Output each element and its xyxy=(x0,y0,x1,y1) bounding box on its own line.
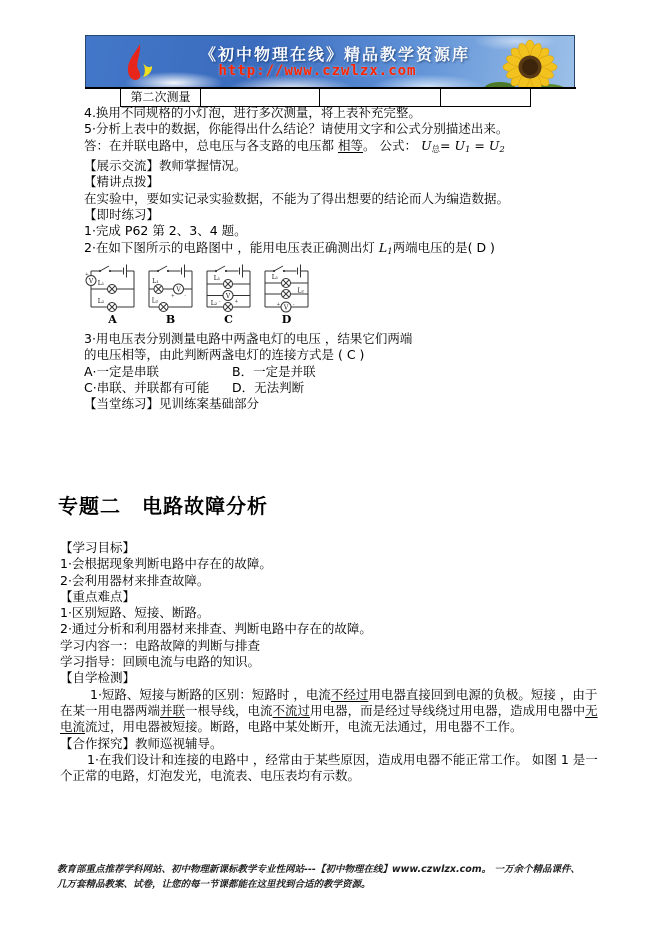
svg-text:+: + xyxy=(277,302,281,308)
dangtang-line: 【当堂练习】见训练案基础部分 xyxy=(84,396,594,412)
question-3-line1: 3·用电压表分别测量电路中两盏电灯的电压 ，结果它们两端 xyxy=(84,331,594,347)
svg-text:-: - xyxy=(185,294,187,299)
table-cell-empty xyxy=(200,89,319,106)
svg-text:V: V xyxy=(283,304,289,311)
answer-line: 答：在并联电路中，总电压与各支路的电压都 相等。 公式： U总= U1 = U2 xyxy=(84,138,594,158)
question-3-section: 3·用电压表分别测量电路中两盏电灯的电压 ，结果它们两端 的电压相等，由此判断两… xyxy=(84,331,594,412)
exercise-1: 1·完成 P62 第 2、3、4 题。 xyxy=(84,223,594,239)
svg-text:L₂: L₂ xyxy=(152,298,159,305)
site-banner: 《初中物理在线》精品教学资源库 http://www.czwlzx.com xyxy=(85,35,575,88)
logo-flame-icon xyxy=(116,42,162,88)
footer-line2: 几万套精品教案、试卷，让您的每一节课都能在这里找到合适的教学资源。 xyxy=(57,877,617,892)
question-3-line2: 的电压相等，由此判断两盏电灯的连接方式是 ( C ) xyxy=(84,347,594,363)
topic-2-section: 【学习目标】 1·会根据现象判断电路中存在的故障。 2·会利用器材来排查故障。 … xyxy=(60,540,600,784)
circuit-diagram-d: L₁ L₂ V + - D xyxy=(259,263,314,326)
svg-text:+: + xyxy=(85,272,89,278)
footer-line1: 教育部重点推荐学科网站、初中物理新课标教学专业性网站---【初中物理在线】www… xyxy=(57,862,617,877)
document-page: 《初中物理在线》精品教学资源库 http://www.czwlzx.com xyxy=(0,0,661,936)
option-b: B．一定是并联 xyxy=(232,364,316,379)
goal-1: 1·会根据现象判断电路中存在的故障。 xyxy=(60,556,600,572)
circuit-diagram-a: + V L₁ L₂ A xyxy=(85,263,140,326)
diagram-label-b: B xyxy=(143,313,198,326)
banner-url-link[interactable]: http://www.czwlzx.com xyxy=(191,63,444,79)
selfcheck-header: 【自学检测】 xyxy=(60,670,600,686)
para1-line1: 1·在我们设计和连接的电路中 ，经常由于某些原因，造成用电器不能正常工作。 如图… xyxy=(60,752,600,768)
topic-2-heading: 专题二 电路故障分析 xyxy=(58,490,268,519)
experiment-section: 4.换用不同规格的小灯泡，进行多次测量，将上表补充完整。 5·分析上表中的数据，… xyxy=(84,105,594,260)
circuit-diagram-b: V + - L₁ L₂ B xyxy=(143,263,198,326)
options-row-2: C·串联、并联都有可能D．无法判断 xyxy=(84,380,594,396)
sunflower-image xyxy=(482,37,572,88)
table-cell-empty xyxy=(319,89,440,106)
exercise-2: 2·在如下图所示的电路图中 ，能用电压表正确测出灯 L1两端电压的是( D ) xyxy=(84,240,594,260)
jingjiang-body: 在实验中，要如实记录实验数据，不能为了得出想要的结论而人为编造数据。 xyxy=(84,191,594,207)
circuit-diagram-row: + V L₁ L₂ A V + - L₁ xyxy=(85,263,314,326)
question-4: 4.换用不同规格的小灯泡，进行多次测量，将上表补充完整。 xyxy=(84,105,594,121)
option-a: A·一定是串联 xyxy=(84,364,232,380)
para1-line2: 个正常的电路，灯泡发光，电流表、电压表均有示数。 xyxy=(60,768,600,784)
study-guide-line: 学习指导：回顾电流与电路的知识。 xyxy=(60,654,600,670)
goal-2: 2·会利用器材来排查故障。 xyxy=(60,573,600,589)
diagram-label-d: D xyxy=(259,313,314,326)
hezuo-line: 【合作探究】教师巡视辅导。 xyxy=(60,736,600,752)
banner-title: 《初中物理在线》精品教学资源库 xyxy=(191,42,479,65)
diagram-label-a: A xyxy=(85,313,140,326)
keypoint-1: 1·区别短路、短接、断路。 xyxy=(60,605,600,621)
svg-text:L₂: L₂ xyxy=(211,300,218,307)
goals-header: 【学习目标】 xyxy=(60,540,600,556)
option-c: C·串联、并联都有可能 xyxy=(84,380,232,396)
content-1-line: 学习内容一：电路故障的判断与排查 xyxy=(60,638,600,654)
svg-text:+: + xyxy=(235,299,239,305)
svg-text:L₂: L₂ xyxy=(298,288,305,295)
svg-text:L₁: L₁ xyxy=(214,275,220,282)
selfcheck-line3: 电流流过，用电器被短接。断路，电路中某处断开，电流无法通过，用电器不工作。 xyxy=(60,719,600,735)
svg-text:L₂: L₂ xyxy=(98,298,105,305)
svg-text:L₁: L₁ xyxy=(272,274,278,281)
selfcheck-line2: 在某一用电器两端并联一根导线，电流不流过用电器，而是经过导线绕过用电器，造成用电… xyxy=(60,703,600,719)
jingjiang-header: 【精讲点拨】 xyxy=(84,174,594,190)
question-5: 5·分析上表中的数据，你能得出什么结论？请使用文字和公式分别描述出来。 xyxy=(84,121,594,137)
site-footer: 教育部重点推荐学科网站、初中物理新课标教学专业性网站---【初中物理在线】www… xyxy=(57,862,617,892)
circuit-diagram-c: L₁ V - + L₂ C xyxy=(201,263,256,326)
table-cell-label: 第二次测量 xyxy=(121,89,200,106)
option-d: D．无法判断 xyxy=(232,380,304,395)
svg-text:L₁: L₁ xyxy=(152,278,158,285)
keypoints-header: 【重点难点】 xyxy=(60,589,600,605)
svg-text:V: V xyxy=(175,286,181,293)
display-exchange-line: 【展示交流】教师掌握情况。 xyxy=(84,158,594,174)
selfcheck-line1: 1·短路、短接与断路的区别：短路时 ，电流不经过用电器直接回到电源的负极。短接 … xyxy=(60,687,600,703)
svg-text:V: V xyxy=(88,278,94,285)
table-cell-empty xyxy=(440,89,530,106)
diagram-label-c: C xyxy=(201,313,256,326)
keypoint-2: 2·通过分析和利用器材来排查、判断电路中存在的故障。 xyxy=(60,621,600,637)
svg-text:L₁: L₁ xyxy=(98,280,104,287)
jishi-header: 【即时练习】 xyxy=(84,207,594,223)
svg-text:V: V xyxy=(225,293,231,300)
svg-text:-: - xyxy=(219,300,221,305)
options-row-1: A·一定是串联B．一定是并联 xyxy=(84,364,594,380)
svg-text:+: + xyxy=(171,293,175,299)
